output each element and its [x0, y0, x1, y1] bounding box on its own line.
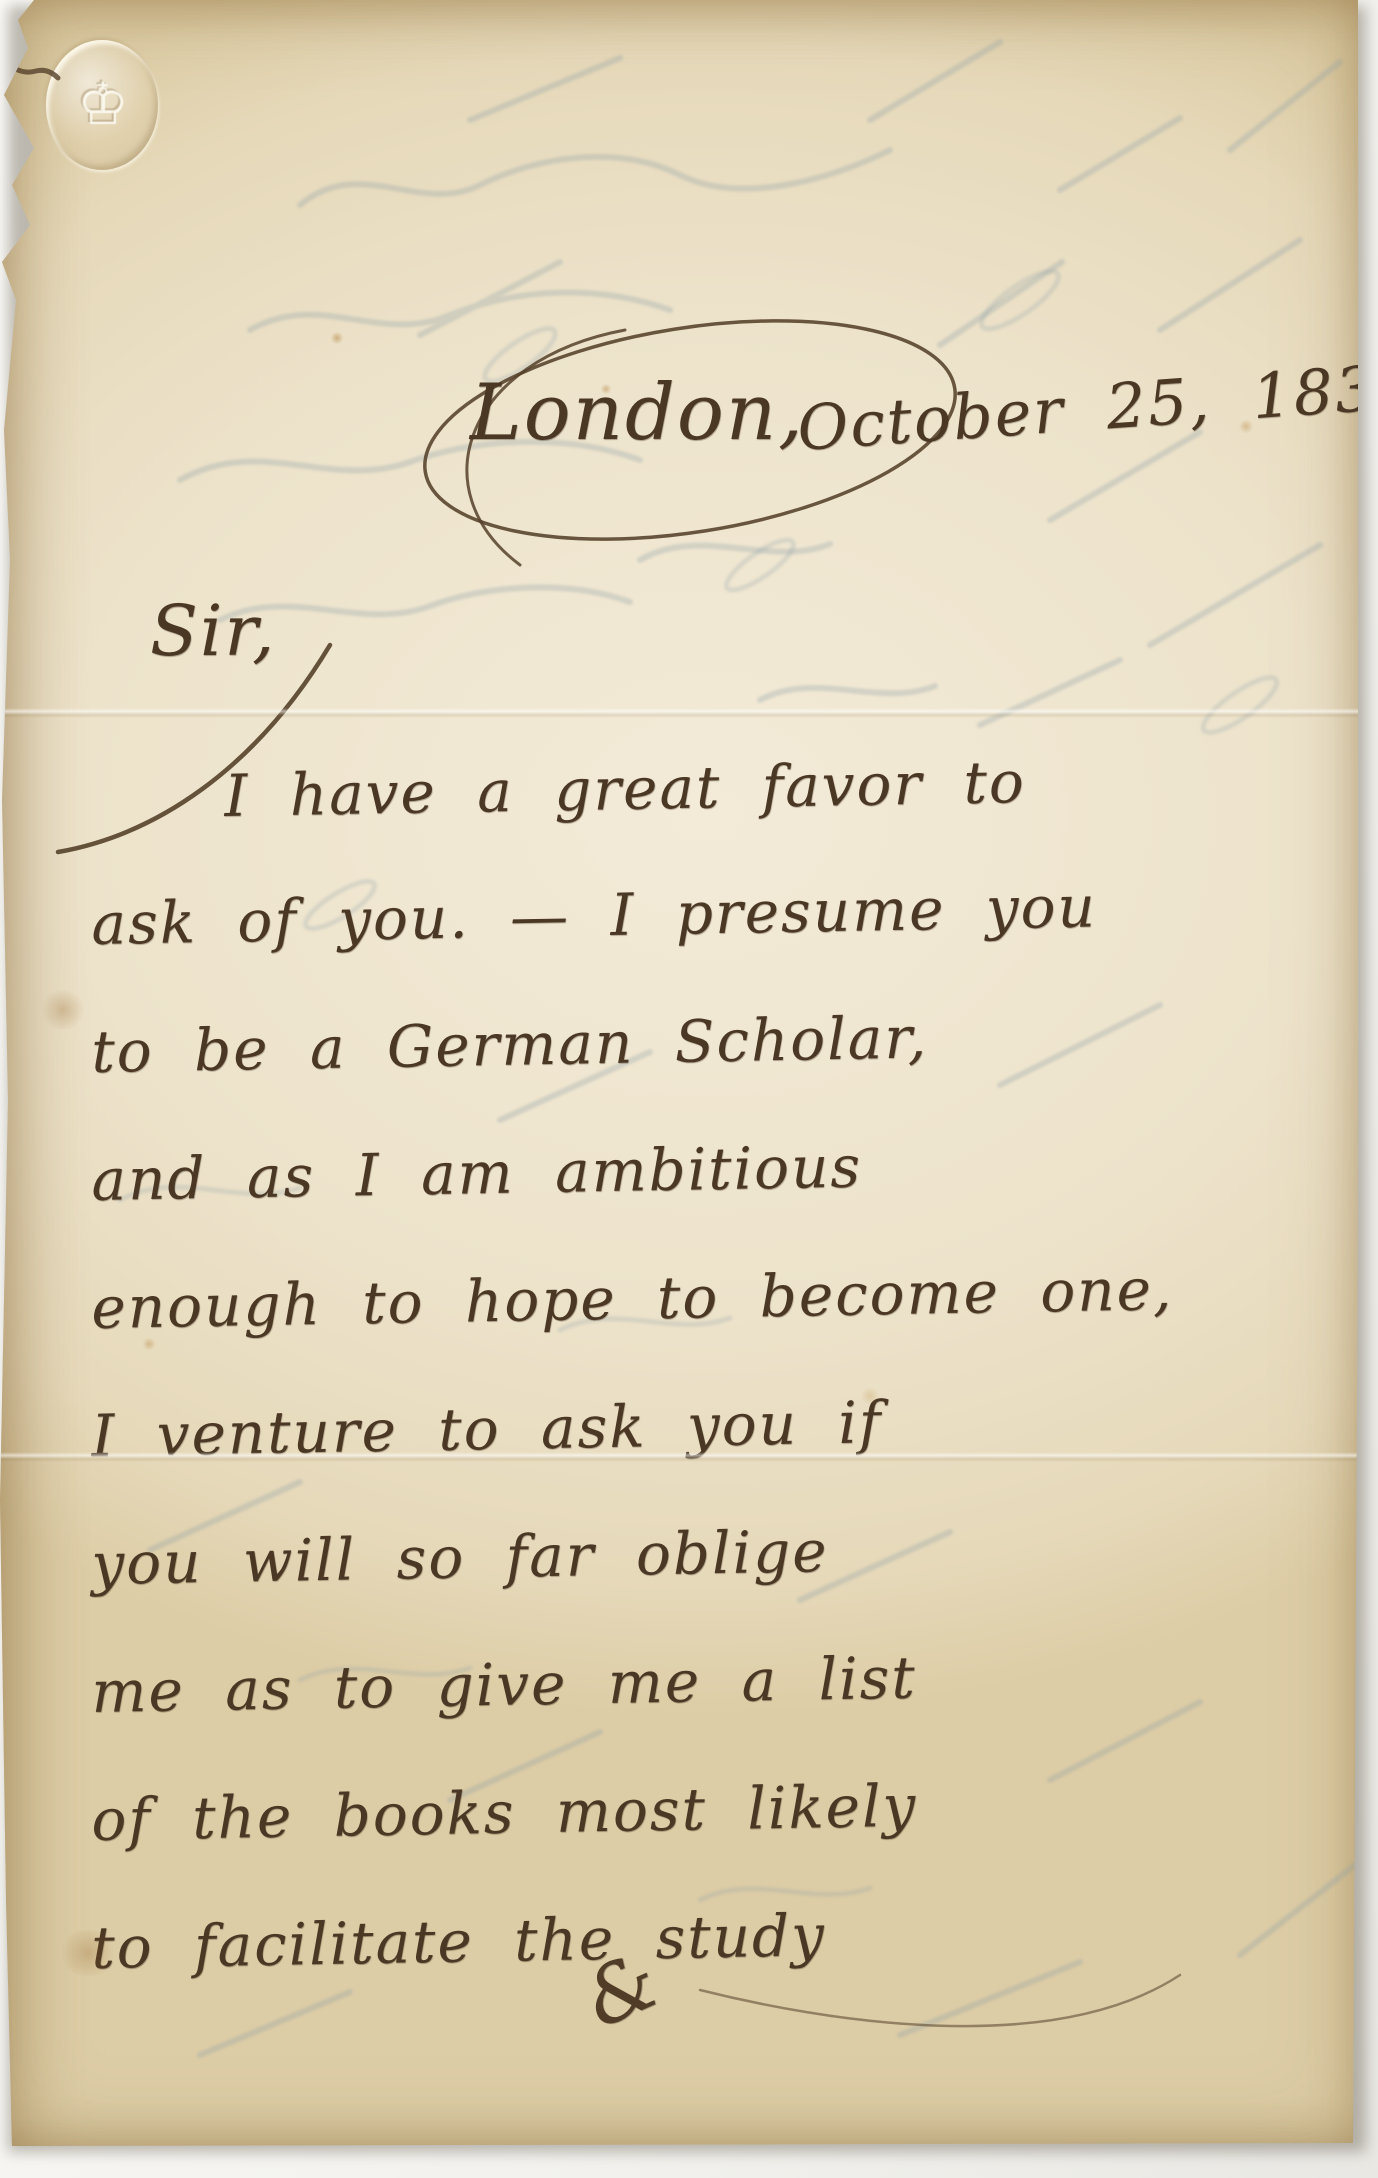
letter-line: and as I am ambitious: [91, 1133, 863, 1214]
letter-line: of the books most likely: [91, 1772, 918, 1854]
foxing-stain: [600, 384, 612, 394]
salutation: Sir,: [150, 590, 276, 672]
letter-line: to facilitate the study: [91, 1901, 827, 1982]
fold-crease: [0, 1452, 1358, 1462]
foxing-stain: [330, 332, 344, 344]
foxing-stain: [1238, 420, 1254, 433]
letter-line: I have a great favor to: [224, 748, 1027, 830]
letter-line: me as to give me a list: [91, 1644, 917, 1726]
letter-line: you will so far oblige: [91, 1517, 829, 1598]
fold-crease: [0, 708, 1358, 718]
foxing-stain: [860, 1388, 880, 1404]
foxing-stain: [142, 1338, 156, 1350]
dateline-place: London,: [470, 368, 805, 458]
foxing-stain: [40, 990, 86, 1030]
foxing-stain: [58, 1930, 118, 1976]
letter-page: ♔: [0, 0, 1358, 2146]
